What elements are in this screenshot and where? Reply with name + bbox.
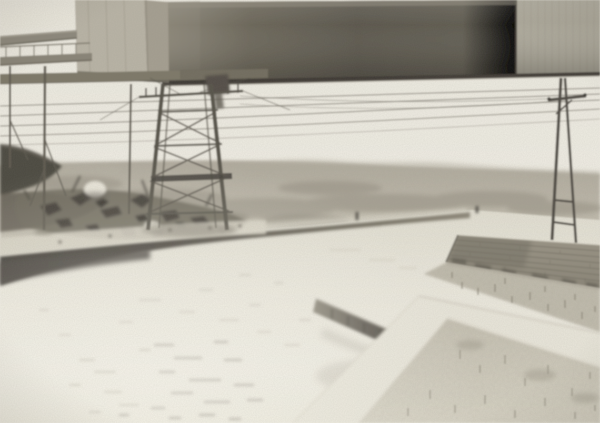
photo-illustration xyxy=(0,0,600,423)
screenshot-canvas: Black-and-white photograph of a large da… xyxy=(0,0,600,423)
film-grain xyxy=(0,0,600,423)
vintage-photo: Black-and-white photograph of a large da… xyxy=(0,0,600,423)
